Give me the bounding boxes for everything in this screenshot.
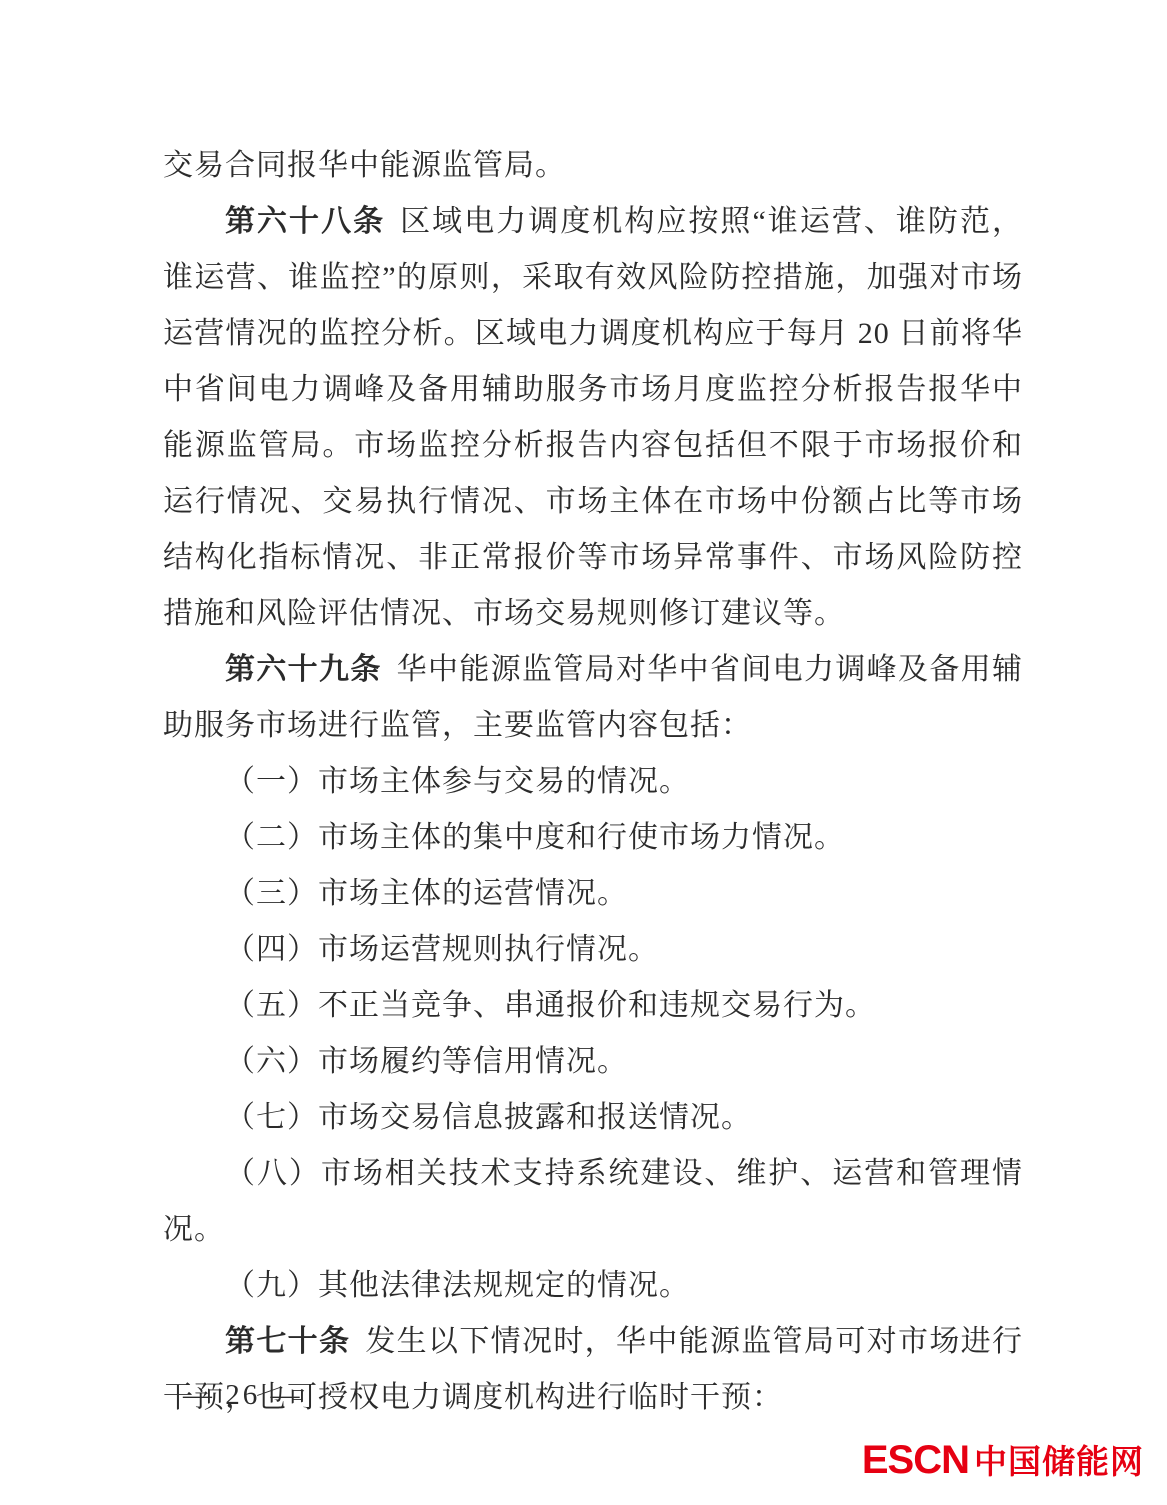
escn-logo-chinese: 中国储能网 [974,1436,1144,1483]
escn-logo: ESCN 中国储能网 [862,1436,1144,1483]
document-page: 交易合同报华中能源监管局。 第六十八条区域电力调度机构应按照“谁运营、谁防范，谁… [0,0,1167,1505]
page-number: — 26 — [183,1378,303,1412]
list-item-text: （九）其他法律法规规定的情况。 [225,1269,690,1302]
paragraph-text: 区域电力调度机构应按照“谁运营、谁防范，谁运营、谁监控”的原则，采取有效风险防控… [163,205,1023,630]
list-item-4: （四）市场运营规则执行情况。 [163,922,1023,978]
list-item-text: （七）市场交易信息披露和报送情况。 [225,1101,752,1134]
article-number: 第七十条 [225,1325,350,1358]
list-item-6: （六）市场履约等信用情况。 [163,1034,1023,1090]
list-item-text: （一）市场主体参与交易的情况。 [225,765,690,798]
list-item-text: （五）不正当竞争、串通报价和违规交易行为。 [225,989,876,1022]
article-number: 第六十九条 [225,653,382,686]
list-item-3: （三）市场主体的运营情况。 [163,866,1023,922]
list-item-text: （四）市场运营规则执行情况。 [225,933,659,966]
document-body: 交易合同报华中能源监管局。 第六十八条区域电力调度机构应按照“谁运营、谁防范，谁… [163,138,1023,1426]
list-item-text: （八）市场相关技术支持系统建设、维护、运营和管理情况。 [163,1157,1023,1246]
list-item-text: （六）市场履约等信用情况。 [225,1045,628,1078]
paragraph-article-68: 第六十八条区域电力调度机构应按照“谁运营、谁防范，谁运营、谁监控”的原则，采取有… [163,194,1023,642]
list-item-7: （七）市场交易信息披露和报送情况。 [163,1090,1023,1146]
escn-logo-latin: ESCN [862,1438,969,1483]
list-item-text: （二）市场主体的集中度和行使市场力情况。 [225,821,845,854]
list-item-9: （九）其他法律法规规定的情况。 [163,1258,1023,1314]
list-item-5: （五）不正当竞争、串通报价和违规交易行为。 [163,978,1023,1034]
article-number: 第六十八条 [225,205,385,238]
list-item-8: （八）市场相关技术支持系统建设、维护、运营和管理情况。 [163,1146,1023,1258]
paragraph-article-69: 第六十九条华中能源监管局对华中省间电力调峰及备用辅助服务市场进行监管，主要监管内… [163,642,1023,754]
list-item-text: （三）市场主体的运营情况。 [225,877,628,910]
paragraph-continuation: 交易合同报华中能源监管局。 [163,138,1023,194]
list-item-2: （二）市场主体的集中度和行使市场力情况。 [163,810,1023,866]
list-item-1: （一）市场主体参与交易的情况。 [163,754,1023,810]
paragraph-text: 交易合同报华中能源监管局。 [163,149,566,182]
